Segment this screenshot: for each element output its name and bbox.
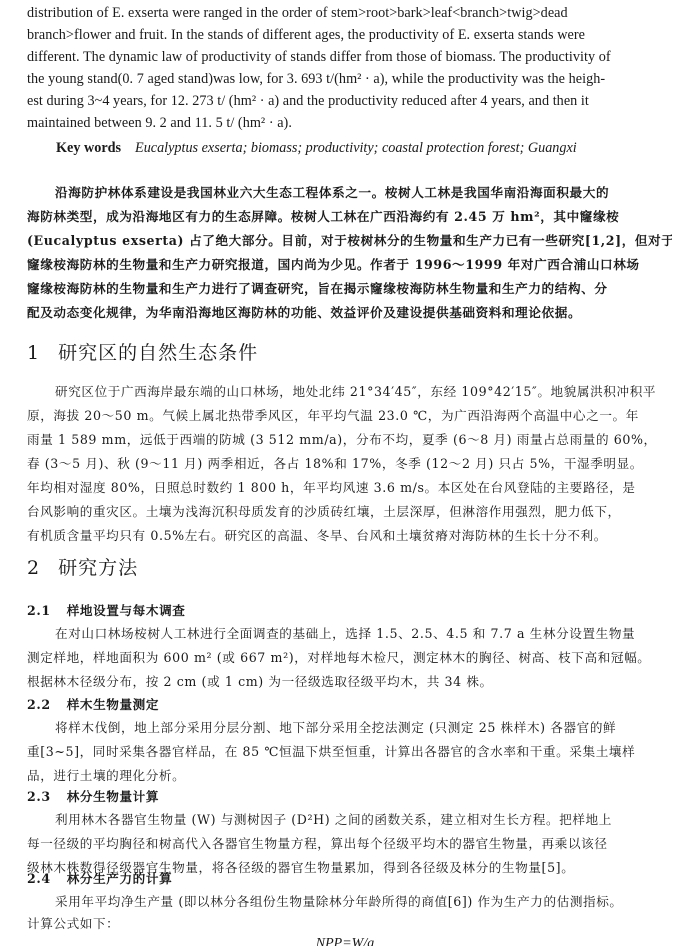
subsection-title: 林分生产力的计算 — [67, 871, 173, 886]
abstract-line: maintained between 9. 2 and 11. 5 t/ (hm… — [27, 115, 672, 132]
intro-line: 窿缘桉海防林的生物量和生产力研究报道，国内尚为少见。作者于 1996～1999 … — [27, 254, 672, 273]
subsection-number: 2.3 — [27, 789, 51, 804]
subsection-line: 利用林木各器官生物量 (W) 与测树因子 (D²H) 之间的函数关系，建立相对生… — [55, 809, 672, 828]
subsection-line: 在对山口林场桉树人工林进行全面调查的基础上，选择 1.5、2.5、4.5 和 7… — [55, 623, 672, 642]
section-title: 研究方法 — [58, 557, 138, 579]
subsection-number: 2.4 — [27, 871, 51, 886]
subsection-number: 2.1 — [27, 603, 51, 618]
subsection-title: 林分生物量计算 — [67, 789, 159, 804]
keywords: Key wordsEucalyptus exserta; biomass; pr… — [56, 140, 672, 157]
subsection-2-2-heading: 2.2样木生物量测定 — [27, 694, 672, 713]
section-1-line: 台风影响的重灾区。土壤为浅海沉积母质发育的沙质砖红壤，土层深厚，但淋溶作用强烈，… — [27, 501, 672, 520]
intro-line: 海防林类型，成为沿海地区有力的生态屏障。桉树人工林在广西沿海约有 2.45 万 … — [27, 206, 672, 225]
subsection-2-1-heading: 2.1样地设置与每木调查 — [27, 600, 672, 619]
subsection-line: 品，进行土壤的理化分析。 — [27, 765, 672, 784]
subsection-line: 每一径级的平均胸径和树高代入各器官生物量方程，算出每个径级平均木的器官生物量，再… — [27, 833, 672, 852]
section-1-line: 研究区位于广西海岸最东端的山口林场，地处北纬 21°34′45″，东经 109°… — [55, 381, 672, 400]
abstract-line: the young stand(0. 7 aged stand)was low,… — [27, 71, 672, 88]
subsection-line: 采用年平均净生产量 (即以林分各组份生物量除林分年龄所得的商值[6]) 作为生产… — [55, 891, 672, 910]
intro-line: 窿缘桉海防林的生物量和生产力进行了调查研究，旨在揭示窿缘桉海防林生物量和生产力的… — [27, 278, 672, 297]
section-1-line: 原，海拔 20～50 m。气候上属北热带季风区，年平均气温 23.0 ℃，为广西… — [27, 405, 672, 424]
section-number: 2 — [27, 557, 40, 579]
subsection-2-3-heading: 2.3林分生物量计算 — [27, 786, 672, 805]
section-2-heading: 2研究方法 — [27, 553, 672, 580]
section-1-line: 有机质含量平均只有 0.5%左右。研究区的高温、冬旱、台风和土壤贫瘠对海防林的生… — [27, 525, 672, 544]
abstract-line: branch>flower and fruit. In the stands o… — [27, 27, 672, 44]
abstract-line: est during 3~4 years, for 12. 273 t/ (hm… — [27, 93, 672, 110]
subsection-line: 重[3~5]，同时采集各器官样品，在 85 ℃恒温下烘至恒重，计算出各器官的含水… — [27, 741, 672, 760]
subsection-title: 样木生物量测定 — [67, 697, 159, 712]
section-1-line: 雨量 1 589 mm，远低于西端的防城 (3 512 mm/a)，分布不均，夏… — [27, 429, 672, 448]
keywords-list: Eucalyptus exserta; biomass; productivit… — [135, 140, 577, 156]
section-1-line: 春 (3～5 月)、秋 (9～11 月) 两季相近，各占 18%和 17%，冬季… — [27, 453, 672, 472]
subsection-2-4-heading: 2.4林分生产力的计算 — [27, 868, 672, 887]
subsection-number: 2.2 — [27, 697, 51, 712]
intro-line: 配及动态变化规律，为华南沿海地区海防林的功能、效益评价及建设提供基础资料和理论依… — [27, 302, 672, 321]
keywords-label: Key words — [56, 140, 121, 156]
section-number: 1 — [27, 342, 40, 364]
abstract-line: distribution of E. exserta were ranged i… — [27, 5, 672, 22]
intro-line: (Eucalyptus exserta) 占了绝大部分。目前，对于桉树林分的生物… — [27, 230, 672, 249]
subsection-line: 测定样地，样地面积为 600 m² (或 667 m²)，对样地每木检尺，测定林… — [27, 647, 672, 666]
subsection-line: 计算公式如下： — [27, 913, 672, 932]
section-1-heading: 1研究区的自然生态条件 — [27, 338, 672, 365]
abstract-line: different. The dynamic law of productivi… — [27, 49, 672, 66]
section-1-line: 年均相对湿度 80%，日照总时数约 1 800 h，年平均风速 3.6 m/s。… — [27, 477, 672, 496]
subsection-title: 样地设置与每木调查 — [67, 603, 186, 618]
subsection-line: 将样木伐倒，地上部分采用分层分割、地下部分采用全挖法测定 (只测定 25 株样木… — [55, 717, 672, 736]
subsection-line: 根据林木径级分布，按 2 cm (或 1 cm) 为一径级选取径级平均木，共 3… — [27, 671, 672, 690]
section-title: 研究区的自然生态条件 — [58, 342, 258, 364]
npp-formula: NPP=W/a — [0, 936, 690, 946]
intro-line: 沿海防护林体系建设是我国林业六大生态工程体系之一。桉树人工林是我国华南沿海面积最… — [55, 182, 672, 201]
